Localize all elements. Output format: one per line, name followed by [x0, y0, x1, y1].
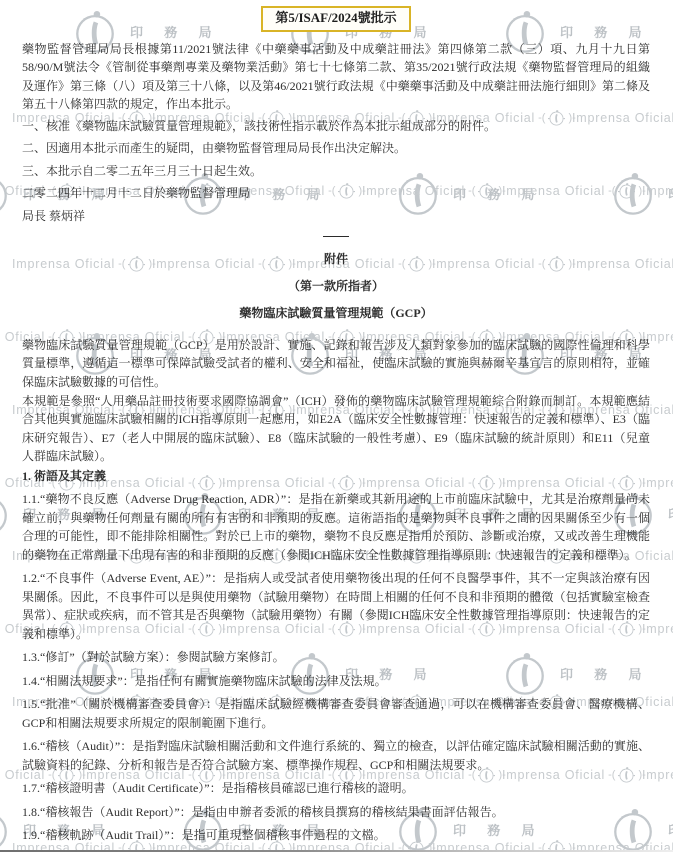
watermark-cjk-text: 印 務 局	[668, 504, 673, 523]
document-page: 印 務 局印 務 局印 務 局印 務 局印 務 局印 務 局印 務 局印 務 局…	[0, 0, 673, 852]
directive-item-3: 三、本批示自二零二五年三月三十日起生效。	[22, 162, 650, 181]
directive-item-1: 一、核准《藥物臨床試驗質量管理規範》，該技術性指示載於作為本批示組成部分的附件。	[22, 117, 650, 136]
definitions-list: 1.1.“藥物不良反應（Adverse Drug Reaction, ADR）”…	[22, 490, 650, 845]
definition-item-1-4: 1.4.“相關法規要求”：是指任何有關實施藥物臨床試驗的法律及法規。	[22, 672, 650, 691]
annex-paragraph-1: 藥物臨床試驗質量管理規範（GCP）是用於設計、實施、記錄和報告涉及人類對象參加的…	[22, 336, 650, 392]
definition-item-1-3: 1.3.“修訂”（對於試驗方案）：參閱試驗方案修訂。	[22, 648, 650, 667]
imprensa-oficial-logo-icon	[0, 806, 11, 852]
title-row: 第5/ISAF/2024號批示	[22, 6, 650, 32]
imprensa-oficial-logo-icon	[0, 490, 11, 536]
document-content: 第5/ISAF/2024號批示 藥物監督管理局局長根據第11/2021號法律《中…	[22, 0, 650, 845]
section-separator	[323, 236, 349, 237]
section-1-heading: 1. 術語及其定義	[22, 467, 650, 486]
definition-item-1-1: 1.1.“藥物不良反應（Adverse Drug Reaction, ADR）”…	[22, 490, 650, 564]
watermark-cjk-text: 印 務 局	[668, 820, 673, 839]
watermark-cjk-text: 印 務 局	[668, 184, 673, 203]
date-line: 二零二四年十二月十二日於藥物監督管理局	[22, 184, 650, 203]
imprensa-oficial-logo-icon	[0, 170, 11, 216]
annex-paragraph-2: 本規範是參照“人用藥品註冊技術要求國際協調會”（ICH）發佈的藥物臨床試驗管理規…	[22, 392, 650, 466]
annex-subtitle: （第一款所指者）	[22, 277, 650, 296]
intro-paragraph: 藥物監督管理局局長根據第11/2021號法律《中藥藥事活動及中成藥註冊法》第四條…	[22, 40, 650, 114]
annex-heading: 藥物臨床試驗質量管理規範（GCP）	[22, 304, 650, 323]
definition-item-1-6: 1.6.“稽核（Audit）”：是指對臨床試驗相關活動和文件進行系統的、獨立的檢…	[22, 737, 650, 774]
dispatch-number-box: 第5/ISAF/2024號批示	[261, 6, 410, 32]
definition-item-1-8: 1.8.“稽核報告（Audit Report）”：是指由申辦者委派的稽核員撰寫的…	[22, 803, 650, 822]
definition-item-1-5: 1.5.“批准”（關於機構審查委員會）：是指臨床試驗經機構審查委員會審查通過，可…	[22, 695, 650, 732]
signature-line: 局長 蔡炳祥	[22, 207, 650, 226]
definition-item-1-9: 1.9.“稽核軌跡（Audit Trail）”：是指可重現整個稽核事件過程的文檔…	[22, 826, 650, 845]
annex-title: 附件	[22, 250, 650, 269]
definition-item-1-2: 1.2.“不良事件（Adverse Event, AE）”：是指病人或受試者使用…	[22, 569, 650, 643]
definition-item-1-7: 1.7.“稽核證明書（Audit Certificate）”：是指稽核員確認已進…	[22, 779, 650, 798]
directive-item-2: 二、因適用本批示而產生的疑問，由藥物監督管理局局長作出決定解決。	[22, 139, 650, 158]
